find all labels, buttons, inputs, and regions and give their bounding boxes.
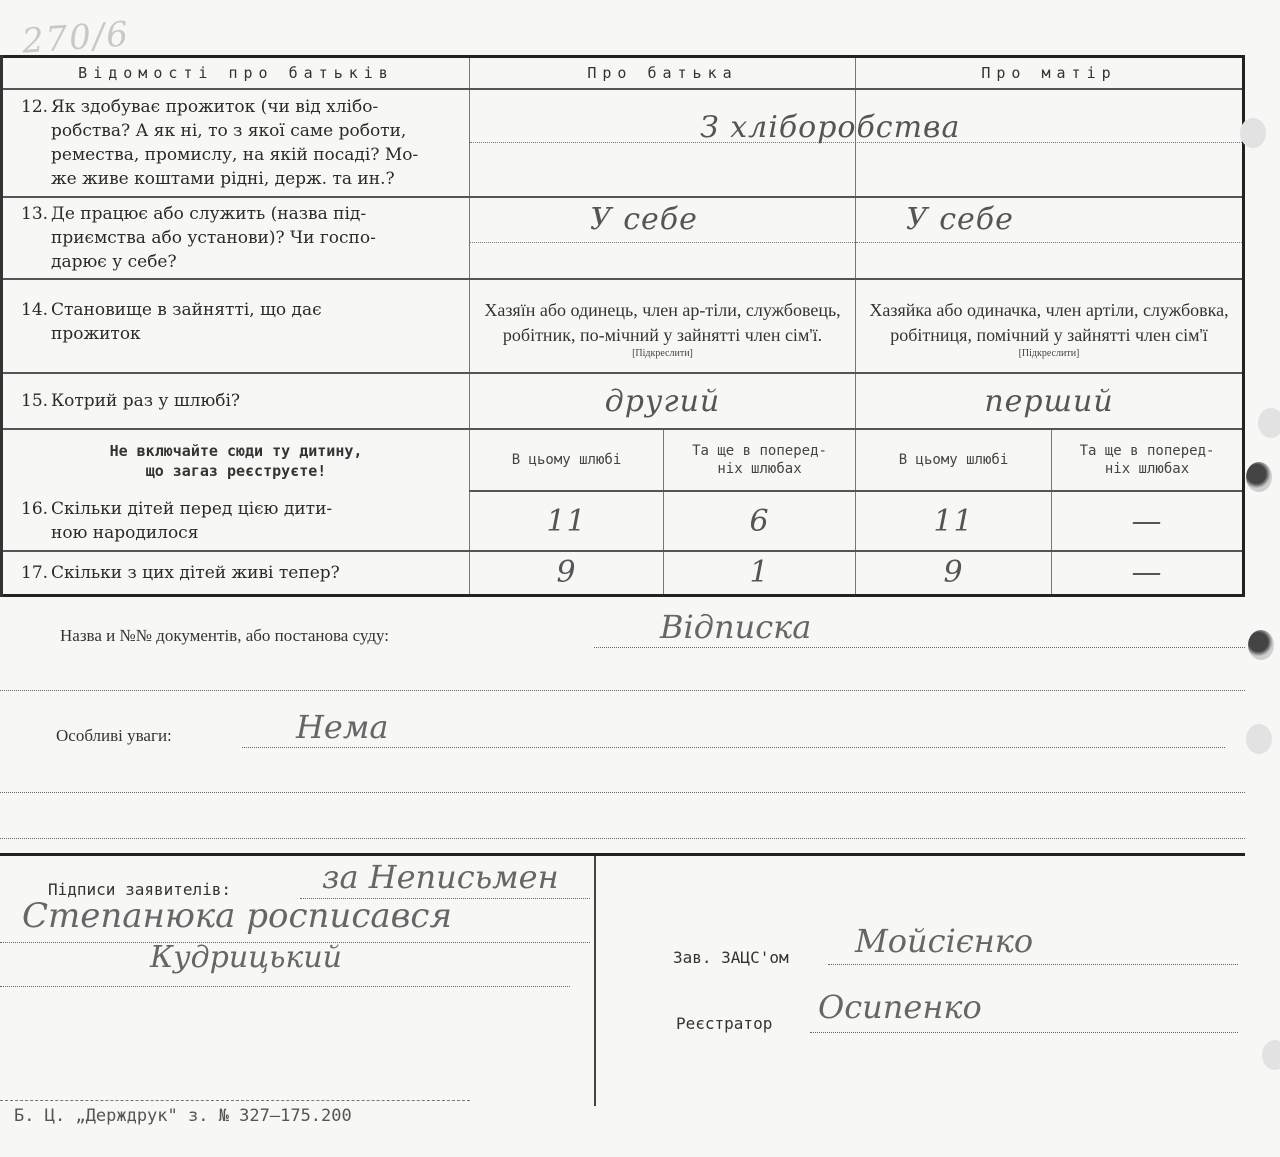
- registrar-signature: Осипенко: [818, 988, 982, 1026]
- documents-value: Відпиcка: [660, 608, 811, 646]
- signatures-divider: [0, 853, 1245, 856]
- head-zags-signature: Мойсієнко: [855, 922, 1033, 960]
- documents-line: [594, 647, 1245, 648]
- answer-17-father-prev: 1: [664, 551, 856, 595]
- table-row-14: 14.Становище в зайнятті, що дає прожиток…: [2, 279, 1244, 373]
- applicants-signature-3: Кудрицький: [150, 940, 342, 975]
- remarks-label: Особливі уваги:: [56, 726, 172, 746]
- parents-info-table: Відомості про батьків Про батька Про мат…: [0, 55, 1245, 597]
- underline-note: [Підкреслити]: [868, 348, 1230, 360]
- answer-13-father: У себе: [470, 197, 856, 279]
- punch-hole: [1248, 630, 1274, 660]
- table-row-12: 12.Як здобуває прожиток (чи від хлібо- р…: [2, 89, 1244, 197]
- applicants-signature-1: за Неписьмен: [322, 858, 559, 896]
- answer-17-mother-this: 9: [856, 551, 1052, 595]
- subheader-mother-prev-marriages: Та ще в поперед- ніх шлюбах: [1052, 429, 1244, 491]
- subheader-father-prev-marriages: Та ще в поперед- ніх шлюбах: [664, 429, 856, 491]
- answer-14-mother-options[interactable]: Хазяйка або одиначка, член артіли, служб…: [856, 279, 1244, 373]
- header-parents-info: Відомості про батьків: [2, 57, 470, 90]
- underline-note: [Підкреслити]: [482, 348, 843, 360]
- signatures-vertical-divider: [594, 856, 596, 1106]
- table-row-17: 17.Скільки з цих дітей живі тепер? 9 1 9…: [2, 551, 1244, 595]
- applicants-signature-2: Степанюка росписався: [22, 896, 452, 936]
- answer-12-handwritten: З хліборобства: [700, 110, 960, 145]
- documents-extra-line: [0, 690, 1245, 691]
- answer-12-cell: З хліборобства: [470, 89, 1244, 197]
- header-father: Про батька: [470, 57, 856, 90]
- head-zags-label: Зав. ЗАЦС'ом: [673, 948, 789, 967]
- question-number: 12.: [21, 95, 51, 119]
- answer-16-father-prev: 6: [664, 491, 856, 551]
- answer-13-mother: У себе: [856, 197, 1244, 279]
- paper-damage-mark: [1258, 408, 1280, 438]
- table-row-subheaders: Не включайте сюди ту дитину, що загаз ре…: [2, 429, 1244, 491]
- paper-damage-mark: [1240, 118, 1266, 148]
- answer-14-father-options[interactable]: Хазяїн або одинець, член ар-тіли, службо…: [470, 279, 856, 373]
- warning-note: Не включайте сюди ту дитину, що загаз ре…: [2, 429, 470, 491]
- documents-field: Назва и №№ документів, або постанова суд…: [0, 612, 1245, 652]
- answer-16-father-this: 11: [470, 491, 664, 551]
- subheader-mother-this-marriage: В цьому шлюбі: [856, 429, 1052, 491]
- question-15: 15.Котрий раз у шлюбі?: [2, 373, 470, 429]
- remarks-extra-line-1: [0, 792, 1245, 793]
- table-row-15: 15.Котрий раз у шлюбі? другий перший: [2, 373, 1244, 429]
- table-header-row: Відомості про батьків Про батька Про мат…: [2, 57, 1244, 90]
- answer-16-mother-this: 11: [856, 491, 1052, 551]
- documents-label: Назва и №№ документів, або постанова суд…: [60, 626, 389, 646]
- remarks-value: Нема: [296, 708, 388, 746]
- remarks-extra-line-2: [0, 838, 1245, 839]
- registrar-label: Реєстратор: [676, 1014, 772, 1033]
- remarks-field: Особливі уваги: Нема: [0, 710, 1245, 752]
- question-14: 14.Становище в зайнятті, що дає прожиток: [2, 279, 470, 373]
- answer-15-father: другий: [470, 373, 856, 429]
- question-13: 13.Де працює або служить (назва під- при…: [2, 197, 470, 279]
- answer-16-mother-prev: —: [1052, 491, 1244, 551]
- header-mother: Про матір: [856, 57, 1244, 90]
- answer-15-mother: перший: [856, 373, 1244, 429]
- paper-damage-mark: [1246, 724, 1272, 754]
- answer-17-mother-prev: —: [1052, 551, 1244, 595]
- question-17: 17.Скільки з цих дітей живі тепер?: [2, 551, 470, 595]
- table-row-13: 13.Де працює або служить (назва під- при…: [2, 197, 1244, 279]
- paper-damage-mark: [1262, 1040, 1280, 1070]
- punch-hole: [1246, 462, 1272, 492]
- table-row-16: 16.Скільки дітей перед цією дити- ною на…: [2, 491, 1244, 551]
- printer-mark: Б. Ц. „Держдрук" з. № 327—175.200: [14, 1106, 352, 1126]
- question-16: 16.Скільки дітей перед цією дити- ною на…: [2, 491, 470, 551]
- subheader-father-this-marriage: В цьому шлюбі: [470, 429, 664, 491]
- answer-17-father-this: 9: [470, 551, 664, 595]
- remarks-line: [242, 747, 1225, 748]
- question-12: 12.Як здобуває прожиток (чи від хлібо- р…: [2, 89, 470, 197]
